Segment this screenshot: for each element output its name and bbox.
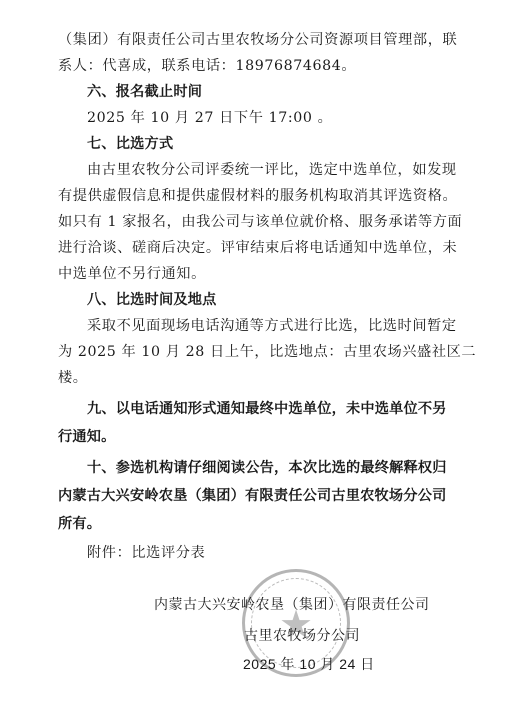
heading-deadline: 六、报名截止时间 bbox=[87, 82, 202, 102]
paragraph-method-line2: 有提供虚假信息和提供虚假材料的服务机构取消其评选资格。 bbox=[58, 186, 457, 206]
signature-date: 2025 年 10 月 24 日 bbox=[243, 654, 375, 674]
heading-notification-line1: 九、以电话通知形式通知最终中选单位，未中选单位不另 bbox=[87, 399, 447, 419]
paragraph-contact-line2: 系人：代喜成，联系电话：18976874684。 bbox=[58, 56, 356, 76]
paragraph-time-line1: 采取不见面现场电话沟通等方式进行比选，比选时间暂定 bbox=[87, 316, 457, 336]
paragraph-method-line3: 如只有 1 家报名，由我公司与该单位就价格、服务承诺等方面 bbox=[58, 212, 462, 232]
paragraph-contact-line1: （集团）有限责任公司古里农牧场分公司资源项目管理部，联 bbox=[58, 30, 457, 50]
heading-time-location: 八、比选时间及地点 bbox=[87, 290, 217, 310]
heading-selection-method: 七、比选方式 bbox=[87, 134, 173, 154]
paragraph-method-line4: 进行洽谈、磋商后决定。评审结束后将电话通知中选单位，未 bbox=[58, 238, 457, 258]
paragraph-method-line5: 中选单位不另行通知。 bbox=[58, 264, 206, 284]
paragraph-deadline: 2025 年 10 月 27 日下午 17:00 。 bbox=[87, 108, 332, 128]
attachment-note: 附件：比选评分表 bbox=[87, 543, 205, 563]
paragraph-method-line1: 由古里农牧分公司评委统一评比，选定中选单位，如发现 bbox=[87, 160, 457, 180]
heading-interpretation-line3: 所有。 bbox=[58, 514, 101, 534]
heading-interpretation-line1: 十、参选机构请仔细阅读公告，本次比选的最终解释权归 bbox=[87, 458, 447, 478]
signature-org-line1: 内蒙古大兴安岭农垦（集团）有限责任公司 bbox=[154, 594, 430, 614]
paragraph-time-line2: 为 2025 年 10 月 28 日上午，比选地点：古里农场兴盛社区二 bbox=[58, 342, 476, 362]
heading-notification-line2: 行通知。 bbox=[58, 427, 116, 447]
paragraph-time-line3: 楼。 bbox=[58, 368, 88, 388]
signature-org-line2: 古里农牧场分公司 bbox=[244, 625, 360, 645]
heading-interpretation-line2: 内蒙古大兴安岭农垦（集团）有限责任公司古里农牧场分公司 bbox=[58, 486, 446, 506]
